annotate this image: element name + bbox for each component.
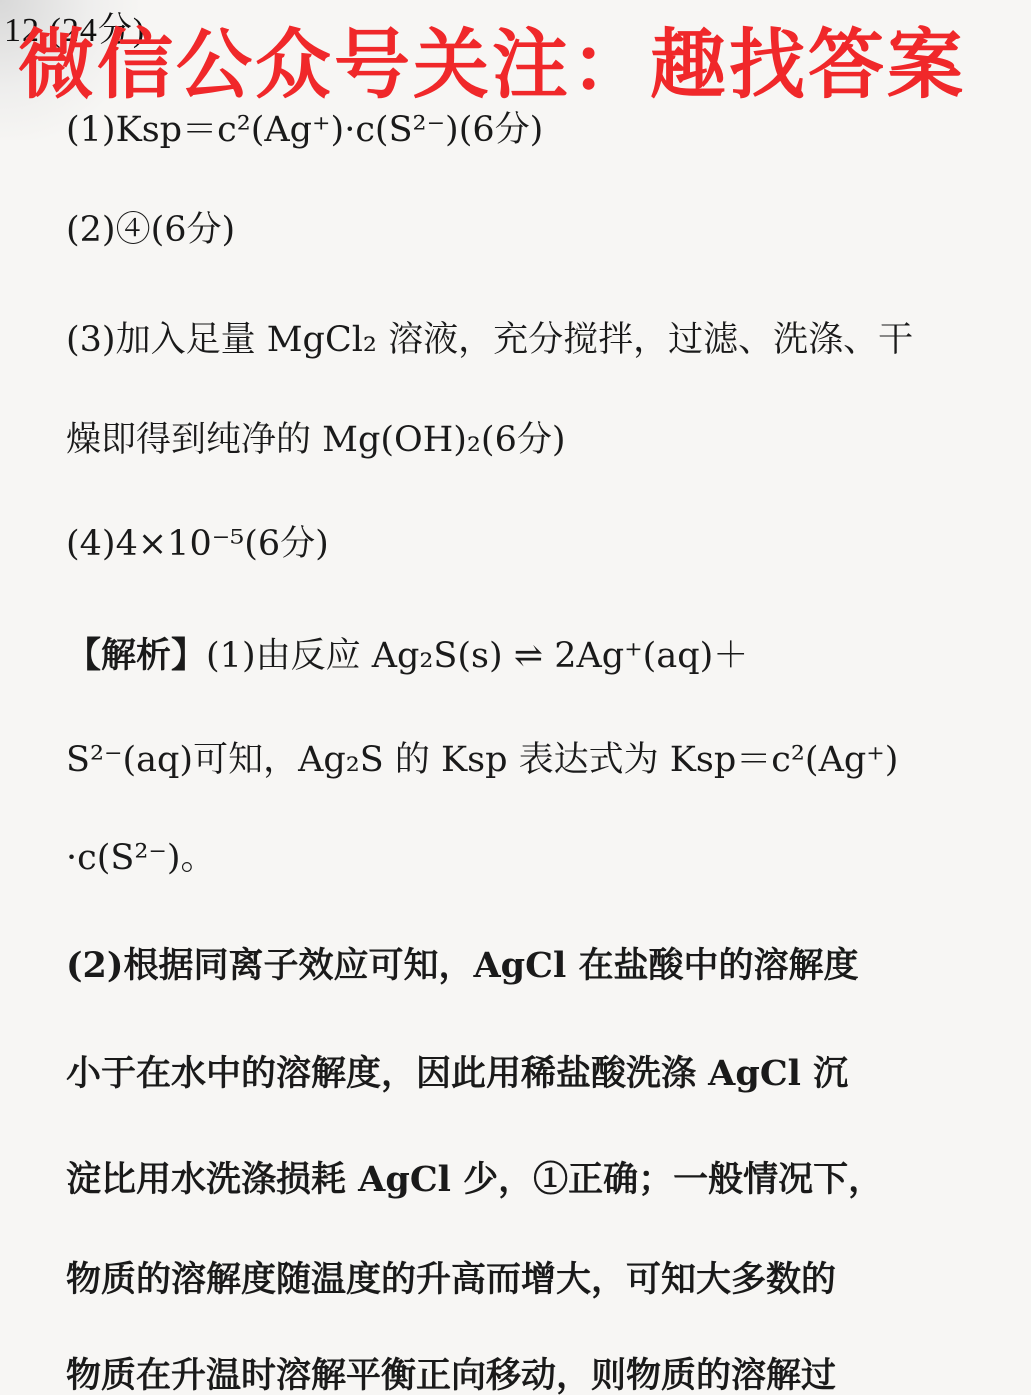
watermark-banner: 微信公众号关注：趣找答案	[18, 20, 966, 110]
answer-1: (1)Ksp＝c²(Ag⁺)·c(S²⁻)(6分)	[66, 108, 543, 152]
analysis-line-5: 小于在水中的溶解度，因此用稀盐酸洗涤 AgCl 沉	[66, 1052, 848, 1096]
analysis-line-4: (2)根据同离子效应可知，AgCl 在盐酸中的溶解度	[66, 944, 858, 988]
analysis-label: 【解析】	[66, 635, 206, 676]
answer-3-line-2: 燥即得到纯净的 Mg(OH)₂(6分)	[66, 418, 566, 462]
analysis-line-6: 淀比用水洗涤损耗 AgCl 少，①正确；一般情况下，	[66, 1158, 883, 1202]
analysis-line-3: ·c(S²⁻)。	[66, 836, 216, 880]
analysis-line-8: 物质在升温时溶解平衡正向移动，则物质的溶解过	[66, 1354, 836, 1395]
analysis-line-7: 物质的溶解度随温度的升高而增大，可知大多数的	[66, 1258, 836, 1302]
answer-4: (4)4×10⁻⁵(6分)	[66, 522, 329, 566]
analysis-text-1: (1)由反应 Ag₂S(s) ⇌ 2Ag⁺(aq)＋	[206, 636, 748, 676]
answer-3-line-1: (3)加入足量 MgCl₂ 溶液，充分搅拌，过滤、洗涤、干	[66, 318, 913, 362]
answer-2: (2)④(6分)	[66, 208, 235, 252]
analysis-line-1: 【解析】(1)由反应 Ag₂S(s) ⇌ 2Ag⁺(aq)＋	[66, 634, 748, 678]
analysis-line-2: S²⁻(aq)可知，Ag₂S 的 Ksp 表达式为 Ksp＝c²(Ag⁺)	[66, 738, 898, 782]
